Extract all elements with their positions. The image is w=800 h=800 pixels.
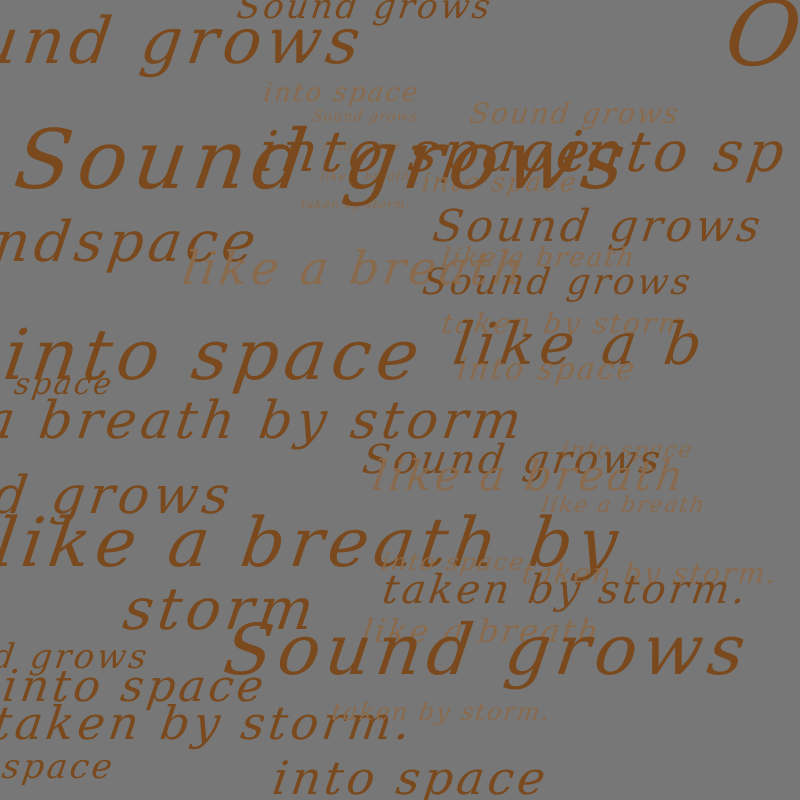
- script-phrase: space: [0, 750, 117, 784]
- script-phrase: taken by storm.: [380, 570, 751, 610]
- script-phrase: into space: [270, 755, 552, 800]
- script-phrase: like a breath: [180, 245, 530, 291]
- script-phrase: taken by storm.: [330, 700, 553, 724]
- script-phrase: into space: [455, 355, 639, 385]
- script-phrase: Sound grows: [220, 615, 755, 685]
- script-phrase: Sound grows: [0, 10, 369, 74]
- script-phrase: into space: [262, 80, 421, 106]
- script-phrase: O: [720, 0, 800, 80]
- script-phrase: like a breath: [370, 455, 689, 497]
- script-phrase: Sound grows: [10, 120, 637, 202]
- typographic-artwork: Sound growsSound growsSound growsOinto s…: [0, 0, 800, 800]
